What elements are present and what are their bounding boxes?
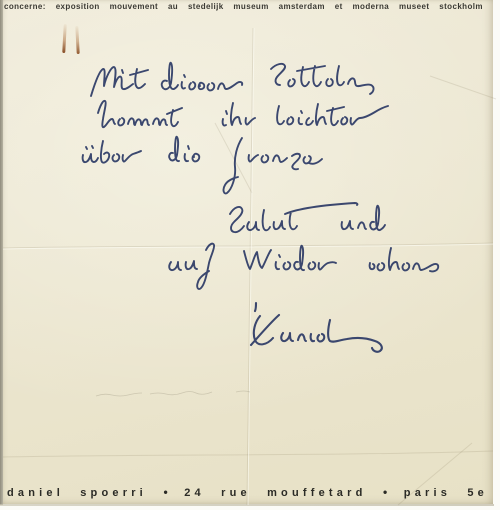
signature-daniel: Daniel <box>251 303 382 352</box>
footer-bullet-icon: • <box>383 485 387 499</box>
scanned-letter: concerne: exposition mouvement au stedel… <box>0 0 500 510</box>
handwriting-line-5: auf Wieder sehen <box>169 244 438 289</box>
handwriting-line-2: kommt ihr leichter <box>98 101 388 127</box>
footer-name: daniel spoerri <box>7 487 147 499</box>
letterhead-footer: daniel spoerri • 24 rue mouffetard • par… <box>2 485 493 499</box>
faint-pencil-marks <box>96 391 250 396</box>
handwriting-line-3: über die Grenze <box>83 137 322 194</box>
handwriting: Mit diesen Zetteln kommt ihr leichter üb… <box>83 63 439 352</box>
footer-bullet-icon: • <box>163 485 167 499</box>
handwriting-line-1: Mit diesen Zetteln <box>91 63 374 96</box>
handwriting-line-4: Salut und <box>230 203 385 232</box>
scan-marks-layer: Mit diesen Zetteln kommt ihr leichter üb… <box>0 0 500 510</box>
footer-address: 24 rue mouffetard <box>184 487 366 499</box>
footer-city: paris 5e <box>404 487 488 499</box>
